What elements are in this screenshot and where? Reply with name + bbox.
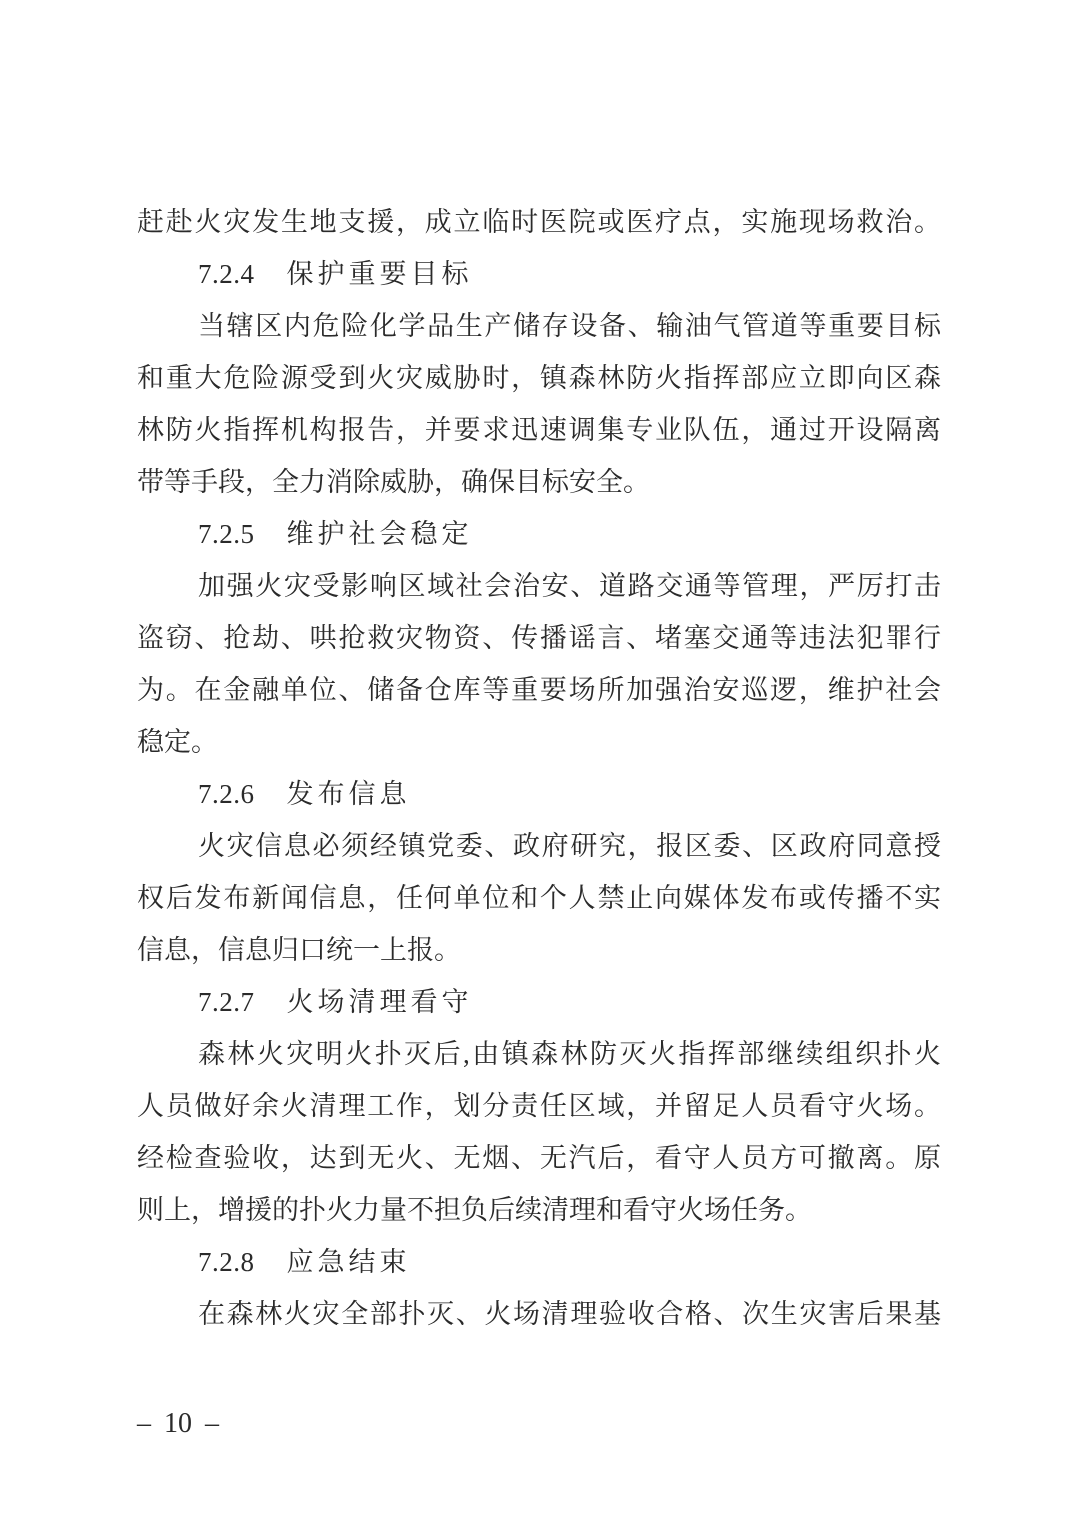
section-title: 保护重要目标 — [287, 259, 473, 289]
body-line: 在森林火灾全部扑灭、火场清理验收合格、次生灾害后果基 — [137, 1288, 941, 1340]
body-line: 赶赴火灾发生地支援，成立临时医院或医疗点，实施现场救治。 — [137, 196, 941, 248]
body-line: 则上，增援的扑火力量不担负后续清理和看守火场任务。 — [137, 1184, 941, 1236]
section-heading-7-2-5: 7.2.5维护社会稳定 — [137, 508, 941, 560]
document-page: 赶赴火灾发生地支援，成立临时医院或医疗点，实施现场救治。 7.2.4保护重要目标… — [0, 0, 1074, 1520]
section-heading-7-2-6: 7.2.6发布信息 — [137, 768, 941, 820]
section-title: 维护社会稳定 — [287, 519, 473, 549]
section-title: 发布信息 — [287, 779, 411, 809]
body-line: 为。在金融单位、储备仓库等重要场所加强治安巡逻，维护社会 — [137, 664, 941, 716]
document-body: 赶赴火灾发生地支援，成立临时医院或医疗点，实施现场救治。 7.2.4保护重要目标… — [137, 196, 941, 1340]
body-line: 人员做好余火清理工作，划分责任区域，并留足人员看守火场。 — [137, 1080, 941, 1132]
body-line: 和重大危险源受到火灾威胁时，镇森林防火指挥部应立即向区森 — [137, 352, 941, 404]
section-number: 7.2.5 — [198, 519, 255, 549]
body-line: 森林火灾明火扑灭后,由镇森林防灭火指挥部继续组织扑火 — [137, 1028, 941, 1080]
body-line: 加强火灾受影响区域社会治安、道路交通等管理，严厉打击 — [137, 560, 941, 612]
body-line: 盗窃、抢劫、哄抢救灾物资、传播谣言、堵塞交通等违法犯罪行 — [137, 612, 941, 664]
body-line: 当辖区内危险化学品生产储存设备、输油气管道等重要目标 — [137, 300, 941, 352]
body-line: 权后发布新闻信息，任何单位和个人禁止向媒体发布或传播不实 — [137, 872, 941, 924]
section-heading-7-2-7: 7.2.7火场清理看守 — [137, 976, 941, 1028]
section-number: 7.2.6 — [198, 779, 255, 809]
body-line: 经检查验收，达到无火、无烟、无汽后，看守人员方可撤离。原 — [137, 1132, 941, 1184]
section-title: 应急结束 — [287, 1247, 411, 1277]
body-line: 稳定。 — [137, 716, 941, 768]
section-number: 7.2.4 — [198, 259, 255, 289]
section-heading-7-2-4: 7.2.4保护重要目标 — [137, 248, 941, 300]
body-line: 林防火指挥机构报告，并要求迅速调集专业队伍，通过开设隔离 — [137, 404, 941, 456]
body-line: 带等手段，全力消除威胁，确保目标安全。 — [137, 456, 941, 508]
section-title: 火场清理看守 — [287, 987, 473, 1017]
section-number: 7.2.8 — [198, 1247, 255, 1277]
section-number: 7.2.7 — [198, 987, 255, 1017]
section-heading-7-2-8: 7.2.8应急结束 — [137, 1236, 941, 1288]
page-number: – 10 – — [137, 1408, 219, 1440]
body-line: 火灾信息必须经镇党委、政府研究，报区委、区政府同意授 — [137, 820, 941, 872]
body-line: 信息，信息归口统一上报。 — [137, 924, 941, 976]
